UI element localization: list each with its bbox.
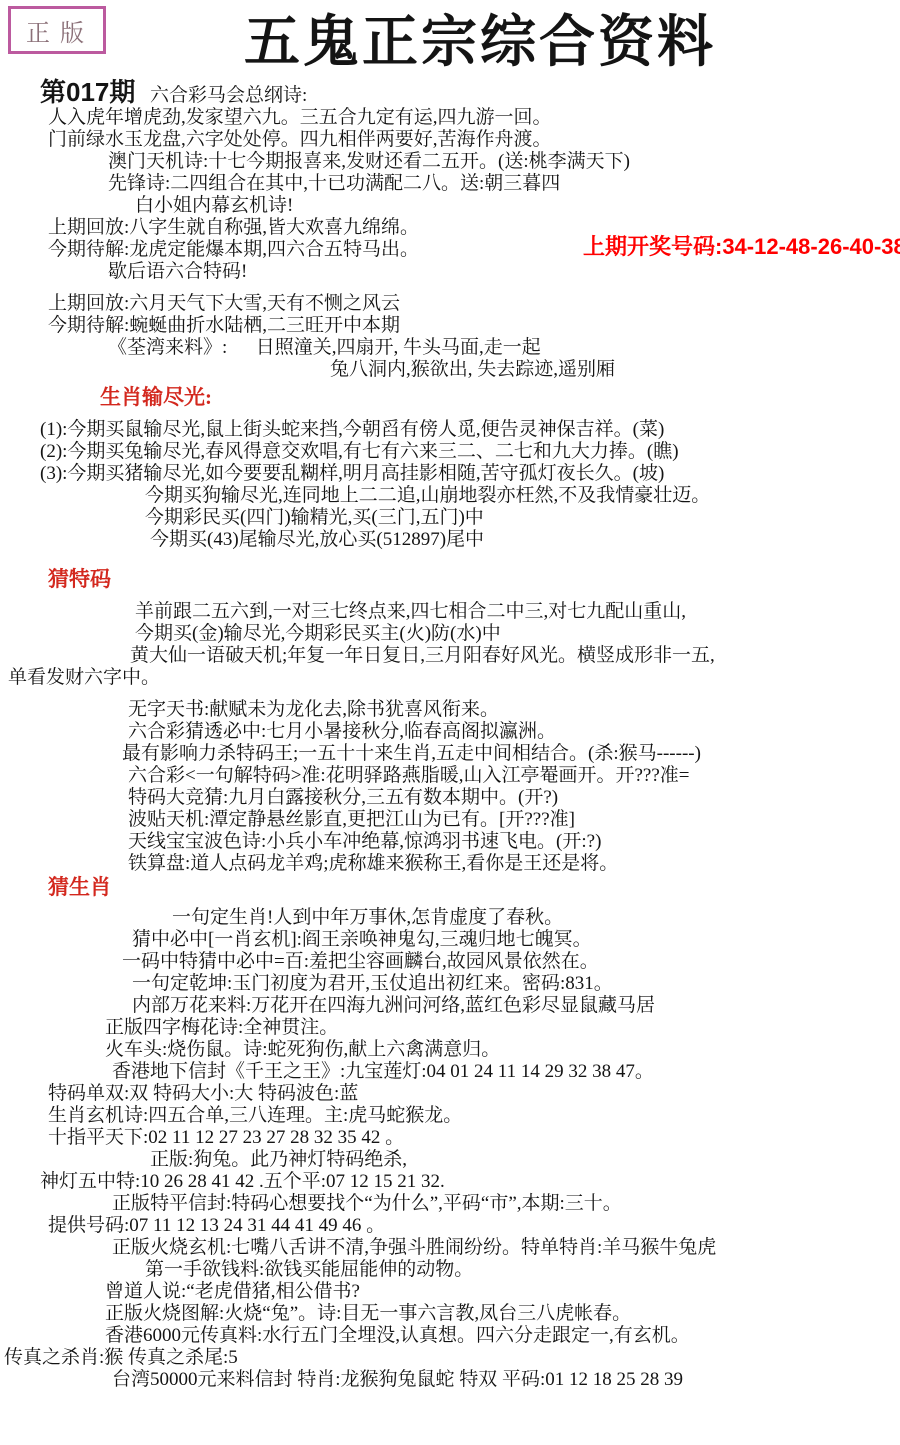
text-line: 特码大竞猜:九月白露接秋分,三五有数本期中。(开?)	[128, 787, 900, 809]
text-line: 黄大仙一语破天机;年复一年日复日,三月阳春好风光。横竖成形非一五,	[130, 645, 900, 667]
text-line: 传真之杀肖:猴 传真之杀尾:5	[4, 1347, 900, 1369]
text-line: (1):今期买鼠输尽光,鼠上街头蛇来挡,今朝舀有傍人觅,便告灵神保吉祥。(菜)	[40, 419, 900, 441]
text-line: 白小姐内幕玄机诗!	[135, 195, 900, 217]
text-line: 正版:狗兔。此乃神灯特码绝杀,	[150, 1149, 900, 1171]
text-line: 正版火烧图解:火烧“兔”。诗:目无一事六言教,凤台三八虎帐春。	[105, 1303, 900, 1325]
page: 正版 五鬼正宗综合资料 第017期 六合彩马会总纲诗:人入虎年增虎劲,发家望六九…	[0, 10, 900, 1391]
text-line: 今期买狗输尽光,连同地上二二追,山崩地裂亦枉然,不及我情豪壮迈。	[145, 485, 900, 507]
text-line: 曾道人说:“老虎借猪,相公借书?	[105, 1281, 900, 1303]
text-line: 波贴天机:潭定静悬丝影直,更把江山为已有。[开???准]	[128, 809, 900, 831]
text-line: 澳门天机诗:十七今期报喜来,发财还看二五开。(送:桃李满天下)	[108, 151, 900, 173]
text-line: 上期回放:六月天气下大雪,天有不恻之风云	[48, 293, 900, 315]
text-line: 正版四字梅花诗:全神贯注。	[105, 1017, 900, 1039]
text-line: 第一手欲钱料:欲钱买能屈能伸的动物。	[145, 1259, 900, 1281]
text-line: 火车头:烧伤鼠。诗:蛇死狗伤,献上六禽满意归。	[105, 1039, 900, 1061]
text-line: 神灯五中特:10 26 28 41 42 .五个平:07 12 15 21 32…	[40, 1171, 900, 1193]
text-line: 台湾50000元来料信封 特肖:龙猴狗兔鼠蛇 特双 平码:01 12 18 25…	[112, 1369, 900, 1391]
text-line: (2):今期买兔输尽光,春风得意交欢唱,有七有六来三二、二七和九大力捧。(瞧)	[40, 441, 900, 463]
text-line: 单看发财六字中。	[8, 667, 900, 689]
text-line: 六合彩猜透必中:七月小暑接秋分,临春高阁拟瀛洲。	[128, 721, 900, 743]
content-lines: 六合彩马会总纲诗:人入虎年增虎劲,发家望六九。三五合九定有运,四九游一回。门前绿…	[0, 85, 900, 1391]
badge-label: 正版	[20, 13, 94, 48]
text-line: 兔八洞内,猴欲出, 失去踪迹,遥别厢	[330, 359, 900, 381]
text-line: 歇后语六合特码!	[108, 261, 900, 283]
page-title: 五鬼正宗综合资料	[0, 10, 900, 77]
text-line: (3):今期买猪输尽光,如今要要乱糊样,明月高挂影相随,苦守孤灯夜长久。(坡)	[40, 463, 900, 485]
text-line: 羊前跟二五六到,一对三七终点来,四七相合二中三,对七九配山重山,	[135, 601, 900, 623]
text-line: 内部万花来料:万花开在四海九洲问河络,蓝红色彩尽显鼠藏马居	[132, 995, 900, 1017]
text-line: 先锋诗:二四组合在其中,十已功满配二八。送:朝三暮四	[108, 173, 900, 195]
text-line: 六合彩<一句解特码>准:花明驿路燕脂暖,山入江亭罨画开。开???准=	[128, 765, 900, 787]
text-line: 今期买(金)输尽光,今期彩民买主(火)防(水)中	[135, 623, 900, 645]
text-line: 一句定乾坤:玉门初度为君开,玉仗追出初红来。密码:831。	[132, 973, 900, 995]
authentic-badge: 正版	[8, 6, 106, 54]
text-line: 门前绿水玉龙盘,六字处处停。四九相伴两要好,苦海作舟渡。	[48, 129, 900, 151]
text-line: 正版特平信封:特码心想要找个“为什么”,平码“市”,本期:三十。	[112, 1193, 900, 1215]
text-line: 天线宝宝波色诗:小兵小车冲绝幕,惊鸿羽书速飞电。(开:?)	[128, 831, 900, 853]
text-line: 猜中必中[一肖玄机]:阎王亲唤神鬼勾,三魂归地七魄冥。	[132, 929, 900, 951]
text-line: 六合彩马会总纲诗:	[150, 85, 900, 107]
text-line: 一码中特猜中必中=百:羞把尘容画麟台,故园风景依然在。	[122, 951, 900, 973]
section-header: 猜生肖	[48, 875, 900, 899]
text-line: 最有影响力杀特码王;一五十十来生肖,五走中间相结合。(杀:猴马------)	[122, 743, 900, 765]
text-line: 生肖玄机诗:四五合单,三八连理。主:虎马蛇猴龙。	[48, 1105, 900, 1127]
text-line: 无字天书:献赋未为龙化去,除书犹喜风衔来。	[128, 699, 900, 721]
text-line: 人入虎年增虎劲,发家望六九。三五合九定有运,四九游一回。	[48, 107, 900, 129]
text-line: 特码单双:双 特码大小:大 特码波色:蓝	[48, 1083, 900, 1105]
text-line: 十指平天下:02 11 12 27 23 27 28 32 35 42 。	[48, 1127, 900, 1149]
section-header: 猜特码	[48, 567, 900, 591]
text-line: 香港6000元传真料:水行五门全埋没,认真想。四六分走跟定一,有玄机。	[105, 1325, 900, 1347]
section-header: 生肖输尽光:	[100, 385, 900, 409]
text-line: 今期买(43)尾输尽光,放心买(512897)尾中	[150, 529, 900, 551]
text-line: 今期待解:龙虎定能爆本期,四六合五特马出。上期开奖号码:34-12-48-26-…	[48, 239, 900, 261]
text-line: 正版火烧玄机:七嘴八舌讲不清,争强斗胜闹纷纷。特单特肖:羊马猴牛兔虎	[112, 1237, 900, 1259]
last-draw-numbers: 上期开奖号码:34-12-48-26-40-38+06	[583, 236, 900, 258]
text-line: 今期待解:蜿蜒曲折水陆栖,二三旺开中本期	[48, 315, 900, 337]
text-line: 香港地下信封《千王之王》:九宝莲灯:04 01 24 11 14 29 32 3…	[112, 1061, 900, 1083]
text-line: 一句定生肖!人到中年万事休,怎肯虚度了春秋。	[172, 907, 900, 929]
issue-number: 第017期	[40, 72, 135, 109]
text-line: 《荃湾来料》: 日照潼关,四扇开, 牛头马面,走一起	[108, 337, 900, 359]
text-line: 提供号码:07 11 12 13 24 31 44 41 49 46 。	[48, 1215, 900, 1237]
text-line: 铁算盘:道人点码龙羊鸡;虎称雄来猴称王,看你是王还是将。	[128, 853, 900, 875]
text-line: 今期彩民买(四门)输精光,买(三门,五门)中	[145, 507, 900, 529]
